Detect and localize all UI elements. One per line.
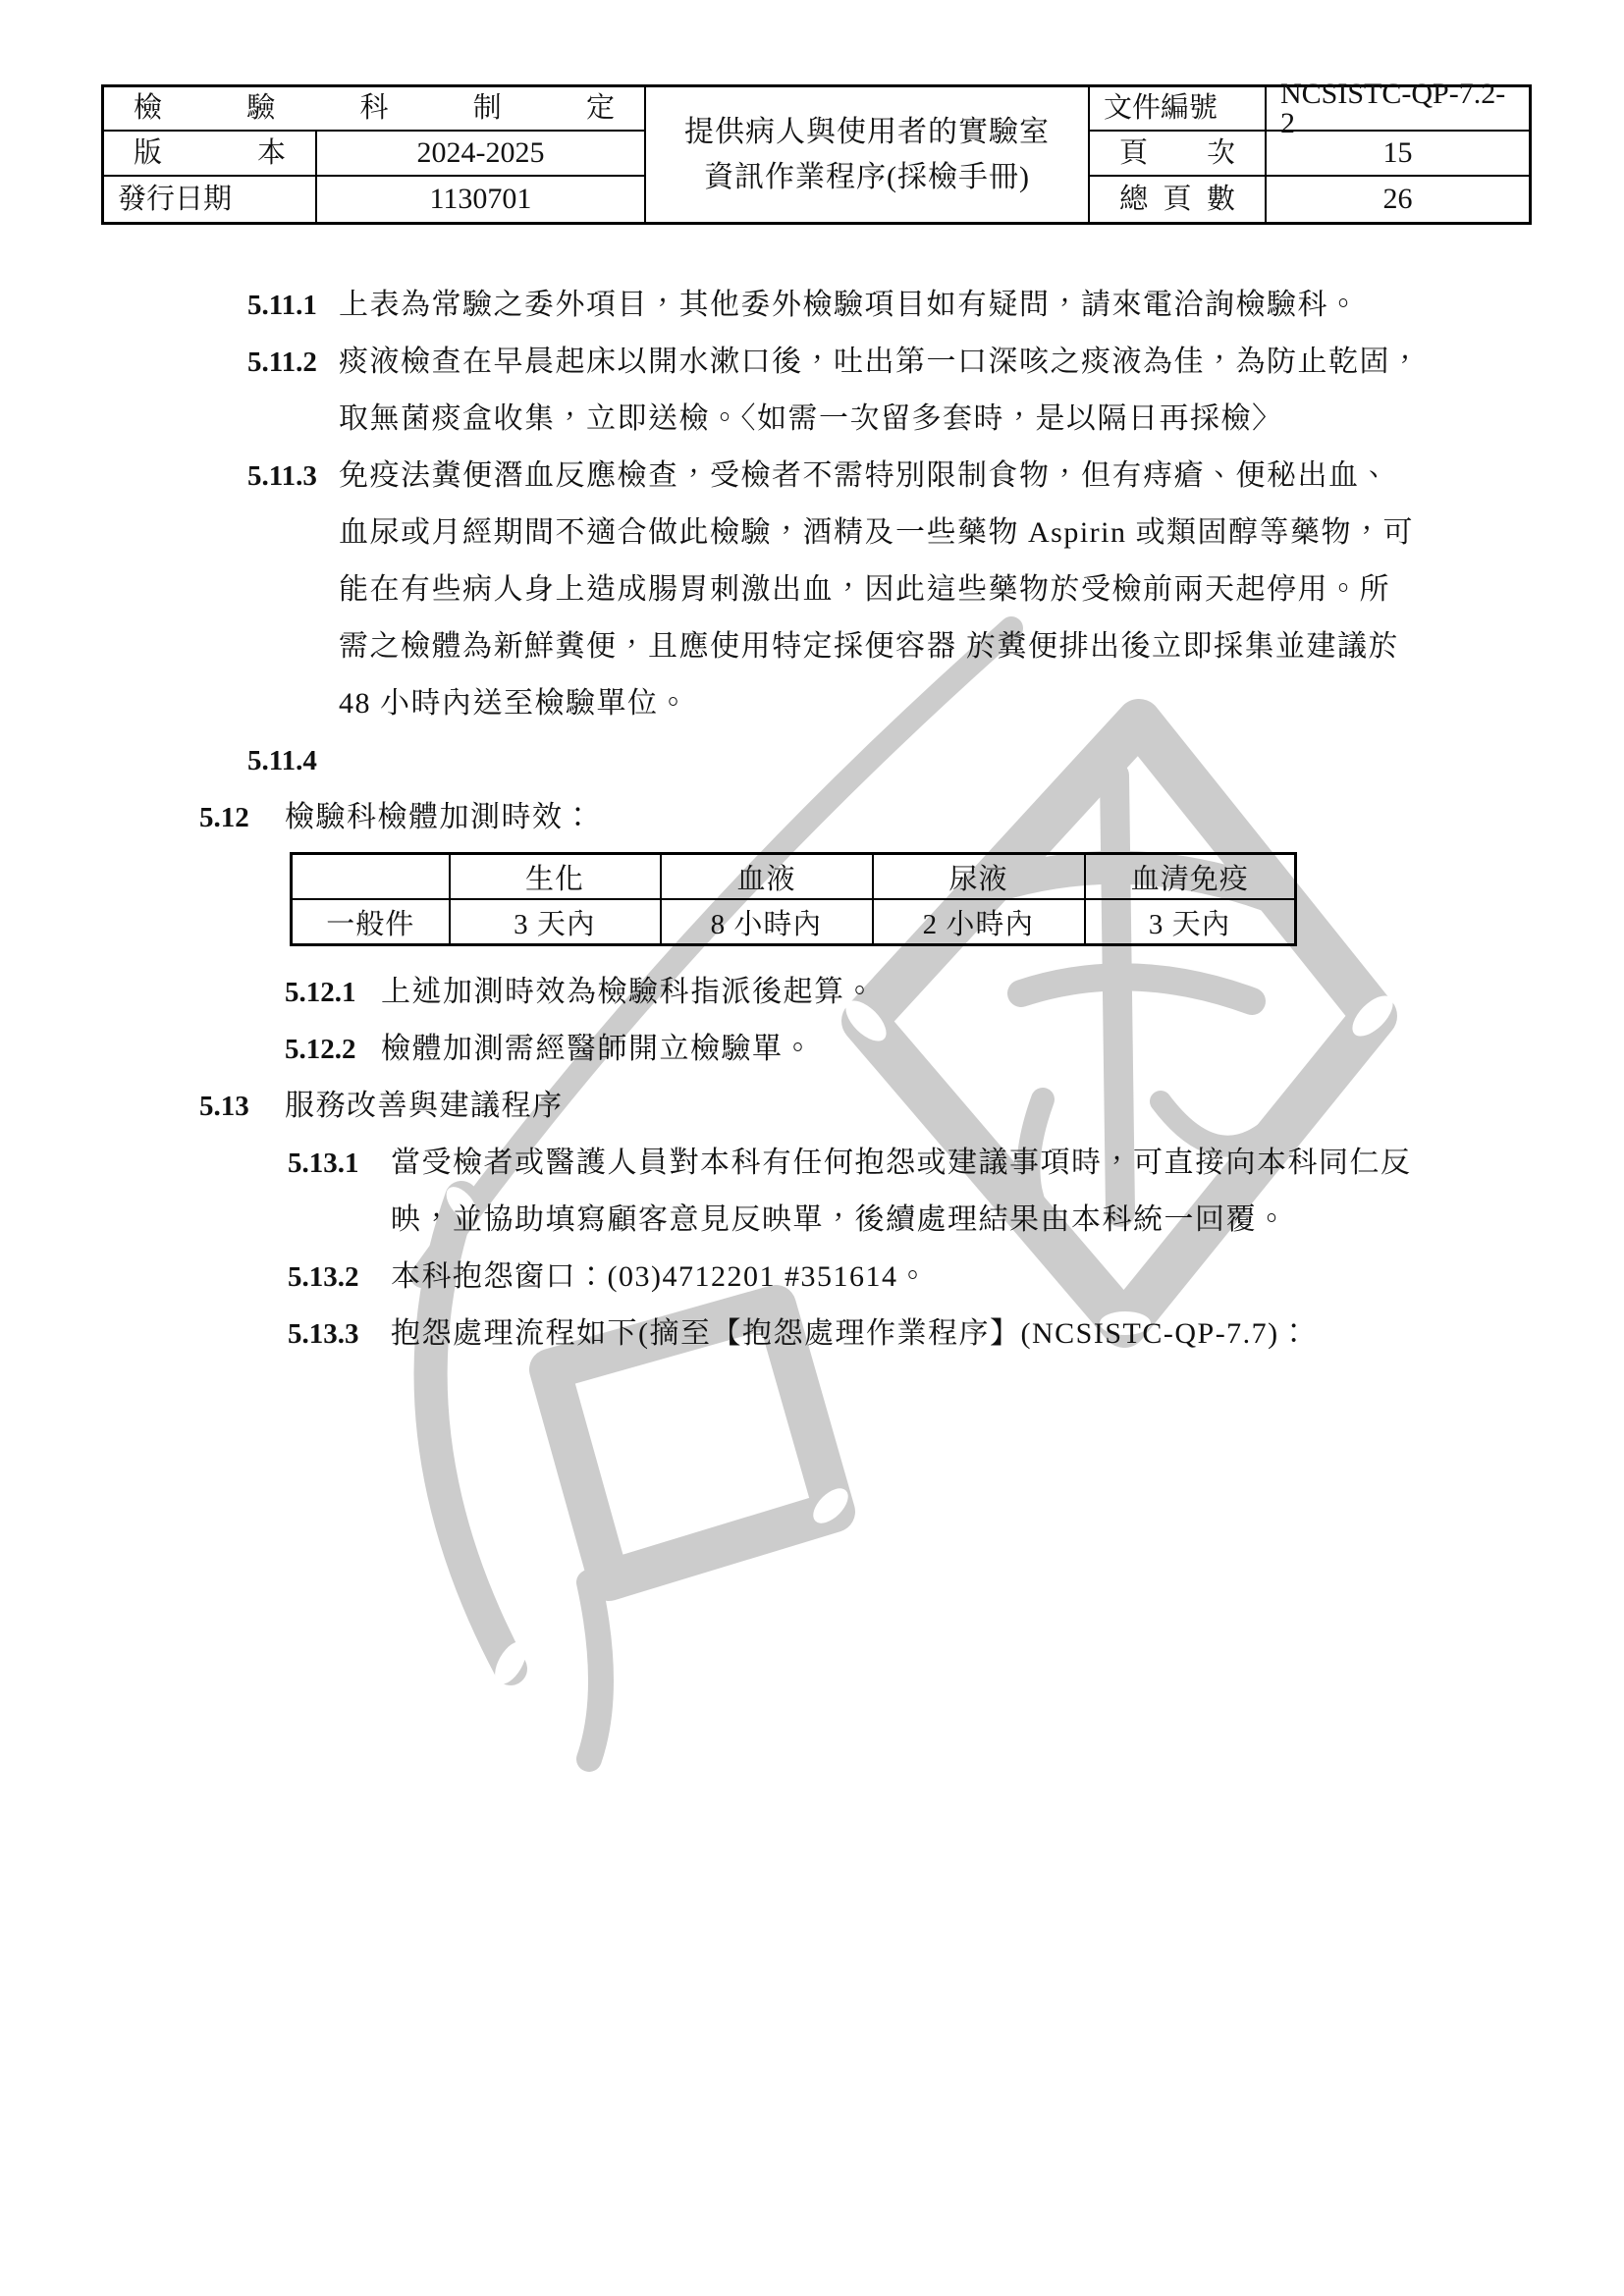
section-number: 5.13.1 bbox=[288, 1135, 359, 1192]
section-number: 5.11.1 bbox=[247, 277, 317, 334]
section-paragraph: 5.12檢驗科檢體加測時效： bbox=[0, 789, 1624, 846]
section-line: 上述加測時效為檢驗科指派後起算。 bbox=[381, 964, 1624, 1021]
section-line: 48 小時內送至檢驗單位。 bbox=[339, 675, 1624, 732]
section-number: 5.11.3 bbox=[247, 448, 317, 505]
section-number: 5.11.2 bbox=[247, 334, 317, 391]
section-text: 免疫法糞便潛血反應檢查，受檢者不需特別限制食物，但有痔瘡、便秘出血、血尿或月經期… bbox=[339, 448, 1624, 732]
section-text: 檢驗科檢體加測時效： bbox=[285, 789, 1624, 846]
section-line: 上表為常驗之委外項目，其他委外檢驗項目如有疑問，請來電洽詢檢驗科。 bbox=[339, 277, 1624, 334]
timeliness-table-header-cell bbox=[292, 854, 450, 900]
section-line: 檢體加測需經醫師開立檢驗單。 bbox=[381, 1021, 1624, 1078]
section-line: 抱怨處理流程如下(摘至【抱怨處理作業程序】(NCSISTC-QP-7.7)： bbox=[391, 1306, 1624, 1362]
total-pages-label: 總 頁 數 bbox=[1104, 186, 1251, 214]
section-number: 5.13 bbox=[199, 1078, 249, 1135]
section-line: 取無菌痰盒收集，立即送檢。〈如需一次留多套時，是以隔日再採檢〉 bbox=[339, 391, 1624, 448]
page-label: 頁 次 bbox=[1104, 139, 1251, 168]
section-line: 需之檢體為新鮮糞便，且應使用特定採便容器 於糞便排出後立即採集並建議於 bbox=[339, 618, 1624, 675]
section-line: 能在有些病人身上造成腸胃刺激出血，因此這些藥物於受檢前兩天起停用。所 bbox=[339, 561, 1624, 618]
section-paragraph: 5.11.4 bbox=[0, 732, 1624, 789]
section-line: 服務改善與建議程序 bbox=[285, 1078, 1624, 1135]
section-number: 5.11.4 bbox=[247, 732, 317, 789]
timeliness-table-cell: 3 天內 bbox=[1085, 899, 1296, 945]
document-body: 5.11.1上表為常驗之委外項目，其他委外檢驗項目如有疑問，請來電洽詢檢驗科。5… bbox=[0, 277, 1624, 1362]
section-number: 5.12.1 bbox=[285, 964, 356, 1021]
section-line: 當受檢者或醫護人員對本科有任何抱怨或建議事項時，可直接向本科同仁反 bbox=[391, 1135, 1624, 1192]
timeliness-table-cell: 8 小時內 bbox=[661, 899, 873, 945]
section-paragraph: 5.13服務改善與建議程序 bbox=[0, 1078, 1624, 1135]
section-number: 5.12.2 bbox=[285, 1021, 356, 1078]
section-line: 血尿或月經期間不適合做此檢驗，酒精及一些藥物 Aspirin 或類固醇等藥物，可 bbox=[339, 505, 1624, 561]
total-pages-value: 26 bbox=[1267, 177, 1529, 222]
section-paragraph: 5.11.2痰液檢查在早晨起床以開水漱口後，吐出第一口深咳之痰液為佳，為防止乾固… bbox=[0, 334, 1624, 448]
section-text: 上表為常驗之委外項目，其他委外檢驗項目如有疑問，請來電洽詢檢驗科。 bbox=[339, 277, 1624, 334]
section-paragraph: 5.13.2本科抱怨窗口：(03)4712201 #351614。 bbox=[0, 1249, 1624, 1306]
section-line: 免疫法糞便潛血反應檢查，受檢者不需特別限制食物，但有痔瘡、便秘出血、 bbox=[339, 448, 1624, 505]
timeliness-table-header-row: 生化血液尿液血清免疫 bbox=[292, 854, 1296, 900]
document-page: 檢 驗 科 制 定 版 本 2024-2025 發行日期 1130701 提供病… bbox=[0, 0, 1624, 2296]
section-text: 當受檢者或醫護人員對本科有任何抱怨或建議事項時，可直接向本科同仁反映，並協助填寫… bbox=[391, 1135, 1624, 1249]
section-line: 檢驗科檢體加測時效： bbox=[285, 789, 1624, 846]
section-text bbox=[339, 732, 1624, 789]
timeliness-table-cell: 2 小時內 bbox=[873, 899, 1085, 945]
section-paragraph: 5.13.1當受檢者或醫護人員對本科有任何抱怨或建議事項時，可直接向本科同仁反映… bbox=[0, 1135, 1624, 1249]
document-title: 提供病人與使用者的實驗室 資訊作業程序(採檢手冊) bbox=[646, 87, 1090, 222]
section-paragraph: 5.11.3免疫法糞便潛血反應檢查，受檢者不需特別限制食物，但有痔瘡、便秘出血、… bbox=[0, 448, 1624, 732]
section-paragraph: 5.11.1上表為常驗之委外項目，其他委外檢驗項目如有疑問，請來電洽詢檢驗科。 bbox=[0, 277, 1624, 334]
section-number: 5.13.2 bbox=[288, 1249, 359, 1306]
section-text: 本科抱怨窗口：(03)4712201 #351614。 bbox=[391, 1249, 1624, 1306]
version-label-cell: 版 本 bbox=[104, 132, 317, 177]
doc-no-value: NCSISTC-QP-7.2-2 bbox=[1267, 87, 1529, 132]
section-line: 映，並協助填寫顧客意見反映單，後續處理結果由本科統一回覆。 bbox=[391, 1192, 1624, 1249]
timeliness-table-cell: 一般件 bbox=[292, 899, 450, 945]
timeliness-table-header-cell: 尿液 bbox=[873, 854, 1085, 900]
section-text: 上述加測時效為檢驗科指派後起算。 bbox=[381, 964, 1624, 1021]
document-title-line2: 資訊作業程序(採檢手冊) bbox=[704, 155, 1030, 200]
section-paragraph: 5.13.3抱怨處理流程如下(摘至【抱怨處理作業程序】(NCSISTC-QP-7… bbox=[0, 1306, 1624, 1362]
section-text: 檢體加測需經醫師開立檢驗單。 bbox=[381, 1021, 1624, 1078]
timeliness-table-row: 一般件3 天內8 小時內2 小時內3 天內 bbox=[292, 899, 1296, 945]
version-label: 版 本 bbox=[118, 139, 301, 168]
section-text: 痰液檢查在早晨起床以開水漱口後，吐出第一口深咳之痰液為佳，為防止乾固，取無菌痰盒… bbox=[339, 334, 1624, 448]
section-line: 本科抱怨窗口：(03)4712201 #351614。 bbox=[391, 1249, 1624, 1306]
timeliness-table-header-cell: 血液 bbox=[661, 854, 873, 900]
timeliness-table-cell: 3 天內 bbox=[450, 899, 661, 945]
issuer-cell: 檢 驗 科 制 定 bbox=[104, 87, 646, 132]
document-header-table: 檢 驗 科 制 定 版 本 2024-2025 發行日期 1130701 提供病… bbox=[101, 84, 1532, 225]
issue-date-value: 1130701 bbox=[317, 177, 646, 222]
section-line: 痰液檢查在早晨起床以開水漱口後，吐出第一口深咳之痰液為佳，為防止乾固， bbox=[339, 334, 1624, 391]
section-text: 服務改善與建議程序 bbox=[285, 1078, 1624, 1135]
issuer-label: 檢 驗 科 制 定 bbox=[118, 94, 630, 123]
section-paragraph: 5.12.1上述加測時效為檢驗科指派後起算。 bbox=[0, 964, 1624, 1021]
document-title-line1: 提供病人與使用者的實驗室 bbox=[684, 110, 1050, 155]
timeliness-table: 生化血液尿液血清免疫一般件3 天內8 小時內2 小時內3 天內 bbox=[290, 852, 1297, 946]
total-pages-label-cell: 總 頁 數 bbox=[1090, 177, 1267, 222]
issue-date-label: 發行日期 bbox=[104, 177, 317, 222]
page-value: 15 bbox=[1267, 132, 1529, 177]
section-line bbox=[339, 732, 1624, 789]
section-text: 抱怨處理流程如下(摘至【抱怨處理作業程序】(NCSISTC-QP-7.7)： bbox=[391, 1306, 1624, 1362]
page-label-cell: 頁 次 bbox=[1090, 132, 1267, 177]
section-number: 5.13.3 bbox=[288, 1306, 359, 1362]
section-paragraph: 5.12.2檢體加測需經醫師開立檢驗單。 bbox=[0, 1021, 1624, 1078]
version-value: 2024-2025 bbox=[317, 132, 646, 177]
timeliness-table-header-cell: 生化 bbox=[450, 854, 661, 900]
section-number: 5.12 bbox=[199, 789, 249, 846]
timeliness-table-header-cell: 血清免疫 bbox=[1085, 854, 1296, 900]
doc-no-label: 文件編號 bbox=[1090, 87, 1267, 132]
